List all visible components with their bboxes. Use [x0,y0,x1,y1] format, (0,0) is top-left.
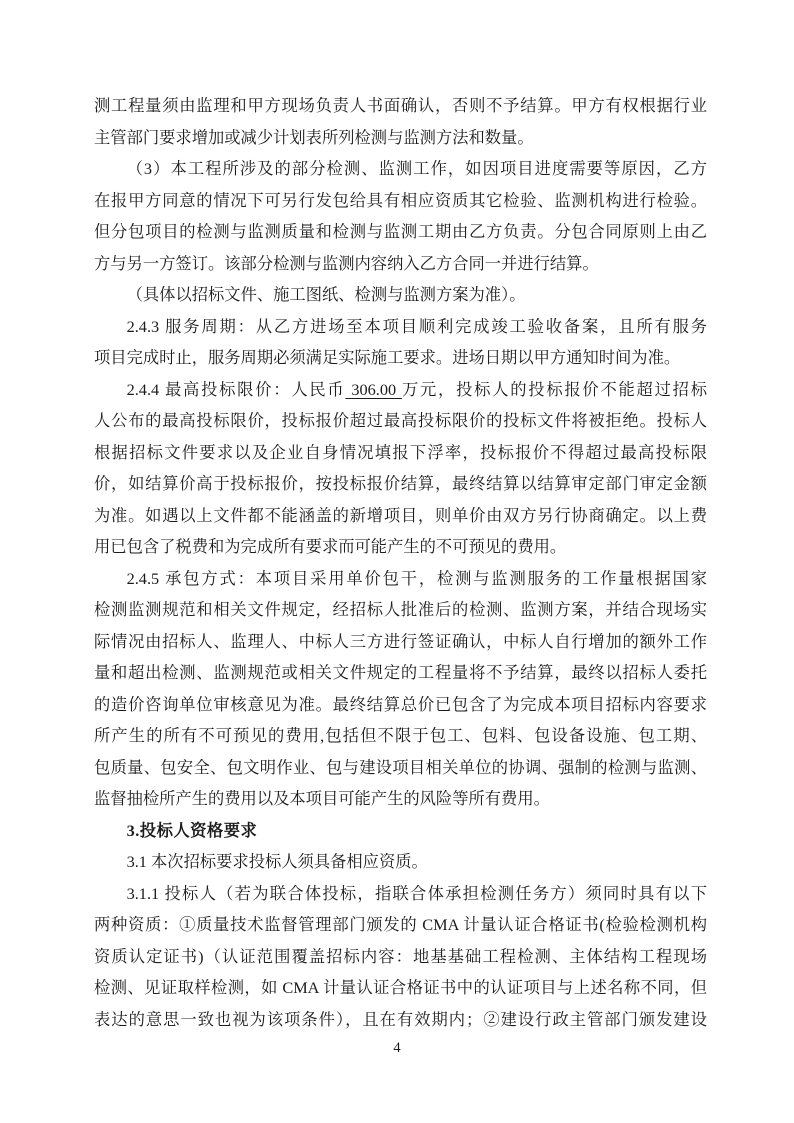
para-carryover-settlement: 测工程量须由监理和甲方现场负责人书面确认，否则不予结算。甲方有权根据行业主管部门… [94,90,707,153]
text-line: 资质认定证书)（认证范围覆盖招标内容：地基基础工程检测、主体结构工程现场 [94,941,707,973]
para-3-1: 3.1 本次招标要求投标人须具备相应资质。 [94,846,707,878]
text-line: 2.4.3 服务周期：从乙方进场至本项目顺利完成竣工验收备案，且所有服务 [94,311,707,343]
para-item-3-subcontract: （3）本工程所涉及的部分检测、监测工作，如因项目进度需要等原因，乙方在报甲方同意… [94,153,707,279]
text-line: 的造价咨询单位审核意见为准。最终结算总价已包含了为完成本项目招标内容要求 [94,689,707,721]
text-line: 测工程量须由监理和甲方现场负责人书面确认，否则不予结算。甲方有权根据行业 [94,90,707,122]
text-line: 2.4.4 最高投标限价：人民币 306.00 万元，投标人的投标报价不能超过招… [94,374,707,406]
text-segment: 2.4.4 最高投标限价：人民币 [127,380,346,399]
document-page: 测工程量须由监理和甲方现场负责人书面确认，否则不予结算。甲方有权根据行业主管部门… [0,0,794,1123]
para-3-1-1: 3.1.1 投标人（若为联合体投标，指联合体承担检测任务方）须同时具有以下两种资… [94,878,707,1036]
text-line: 但分包项目的检测与监测质量和检测与监测工期由乙方负责。分包合同原则上由乙 [94,216,707,248]
text-line: （3）本工程所涉及的部分检测、监测工作，如因项目进度需要等原因，乙方 [94,153,707,185]
page-number: 4 [0,1038,794,1058]
text-line: 3.1 本次招标要求投标人须具备相应资质。 [94,846,707,878]
para-note-basis: （具体以招标文件、施工图纸、检测与监测方案为准）。 [94,279,707,311]
text-line: 量和超出检测、监测规范或相关文件规定的工程量将不予结算，最终以招标人委托 [94,657,707,689]
text-line: 价，如结算价高于投标报价，按投标报价结算，最终结算以结算审定部门审定金额 [94,468,707,500]
text-line: 主管部门要求增加或减少计划表所列检测与监测方法和数量。 [94,122,707,154]
text-line: 为准。如遇以上文件都不能涵盖的新增项目，则单价由双方另行协商确定。以上费 [94,500,707,532]
text-line: 3.1.1 投标人（若为联合体投标，指联合体承担检测任务方）须同时具有以下 [94,878,707,910]
text-line: 2.4.5 承包方式：本项目采用单价包干，检测与监测服务的工作量根据国家 [94,563,707,595]
text-line: 包质量、包安全、包文明作业、包与建设项目相关单位的协调、强制的检测与监测、 [94,752,707,784]
text-line: 检测、见证取样检测，如 CMA 计量认证合格证书中的认证项目与上述名称不同，但 [94,972,707,1004]
text-line: 表达的意思一致也视为该项条件），且在有效期内；②建设行政主管部门颁发建设 [94,1004,707,1036]
max-bid-price-value: 306.00 [345,380,401,399]
text-line: 所产生的所有不可预见的费用,包括但不限于包工、包料、包设备设施、包工期、 [94,720,707,752]
text-line: 根据招标文件要求以及企业自身情况填报下浮率，投标报价不得超过最高投标限 [94,437,707,469]
text-line: 在报甲方同意的情况下可另行发包给具有相应资质其它检验、监测机构进行检验。 [94,185,707,217]
text-line: （具体以招标文件、施工图纸、检测与监测方案为准）。 [94,279,707,311]
text-line: 项目完成时止，服务周期必须满足实际施工要求。进场日期以甲方通知时间为准。 [94,342,707,374]
text-line: 3.投标人资格要求 [94,815,707,847]
para-2-4-4-max-bid-price: 2.4.4 最高投标限价：人民币 306.00 万元，投标人的投标报价不能超过招… [94,374,707,563]
document-body: 测工程量须由监理和甲方现场负责人书面确认，否则不予结算。甲方有权根据行业主管部门… [94,90,707,1035]
text-line: 两种资质：①质量技术监督管理部门颁发的 CMA 计量认证合格证书(检验检测机构 [94,909,707,941]
text-line: 方与另一方签订。该部分检测与监测内容纳入乙方合同一并进行结算。 [94,248,707,280]
text-segment: 万元，投标人的投标报价不能超过招标 [402,380,707,399]
text-line: 检测监测规范和相关文件规定，经招标人批准后的检测、监测方案，并结合现场实 [94,594,707,626]
text-line: 际情况由招标人、监理人、中标人三方进行签证确认，中标人自行增加的额外工作 [94,626,707,658]
text-line: 用已包含了税费和为完成所有要求而可能产生的不可预见的费用。 [94,531,707,563]
text-line: 监督抽检所产生的费用以及本项目可能产生的风险等所有费用。 [94,783,707,815]
para-2-4-3-service-period: 2.4.3 服务周期：从乙方进场至本项目顺利完成竣工验收备案，且所有服务项目完成… [94,311,707,374]
text-line: 人公布的最高投标限价，投标报价超过最高投标限价的投标文件将被拒绝。投标人 [94,405,707,437]
para-2-4-5-contract-mode: 2.4.5 承包方式：本项目采用单价包干，检测与监测服务的工作量根据国家检测监测… [94,563,707,815]
heading-3-bidder-qualification: 3.投标人资格要求 [94,815,707,847]
